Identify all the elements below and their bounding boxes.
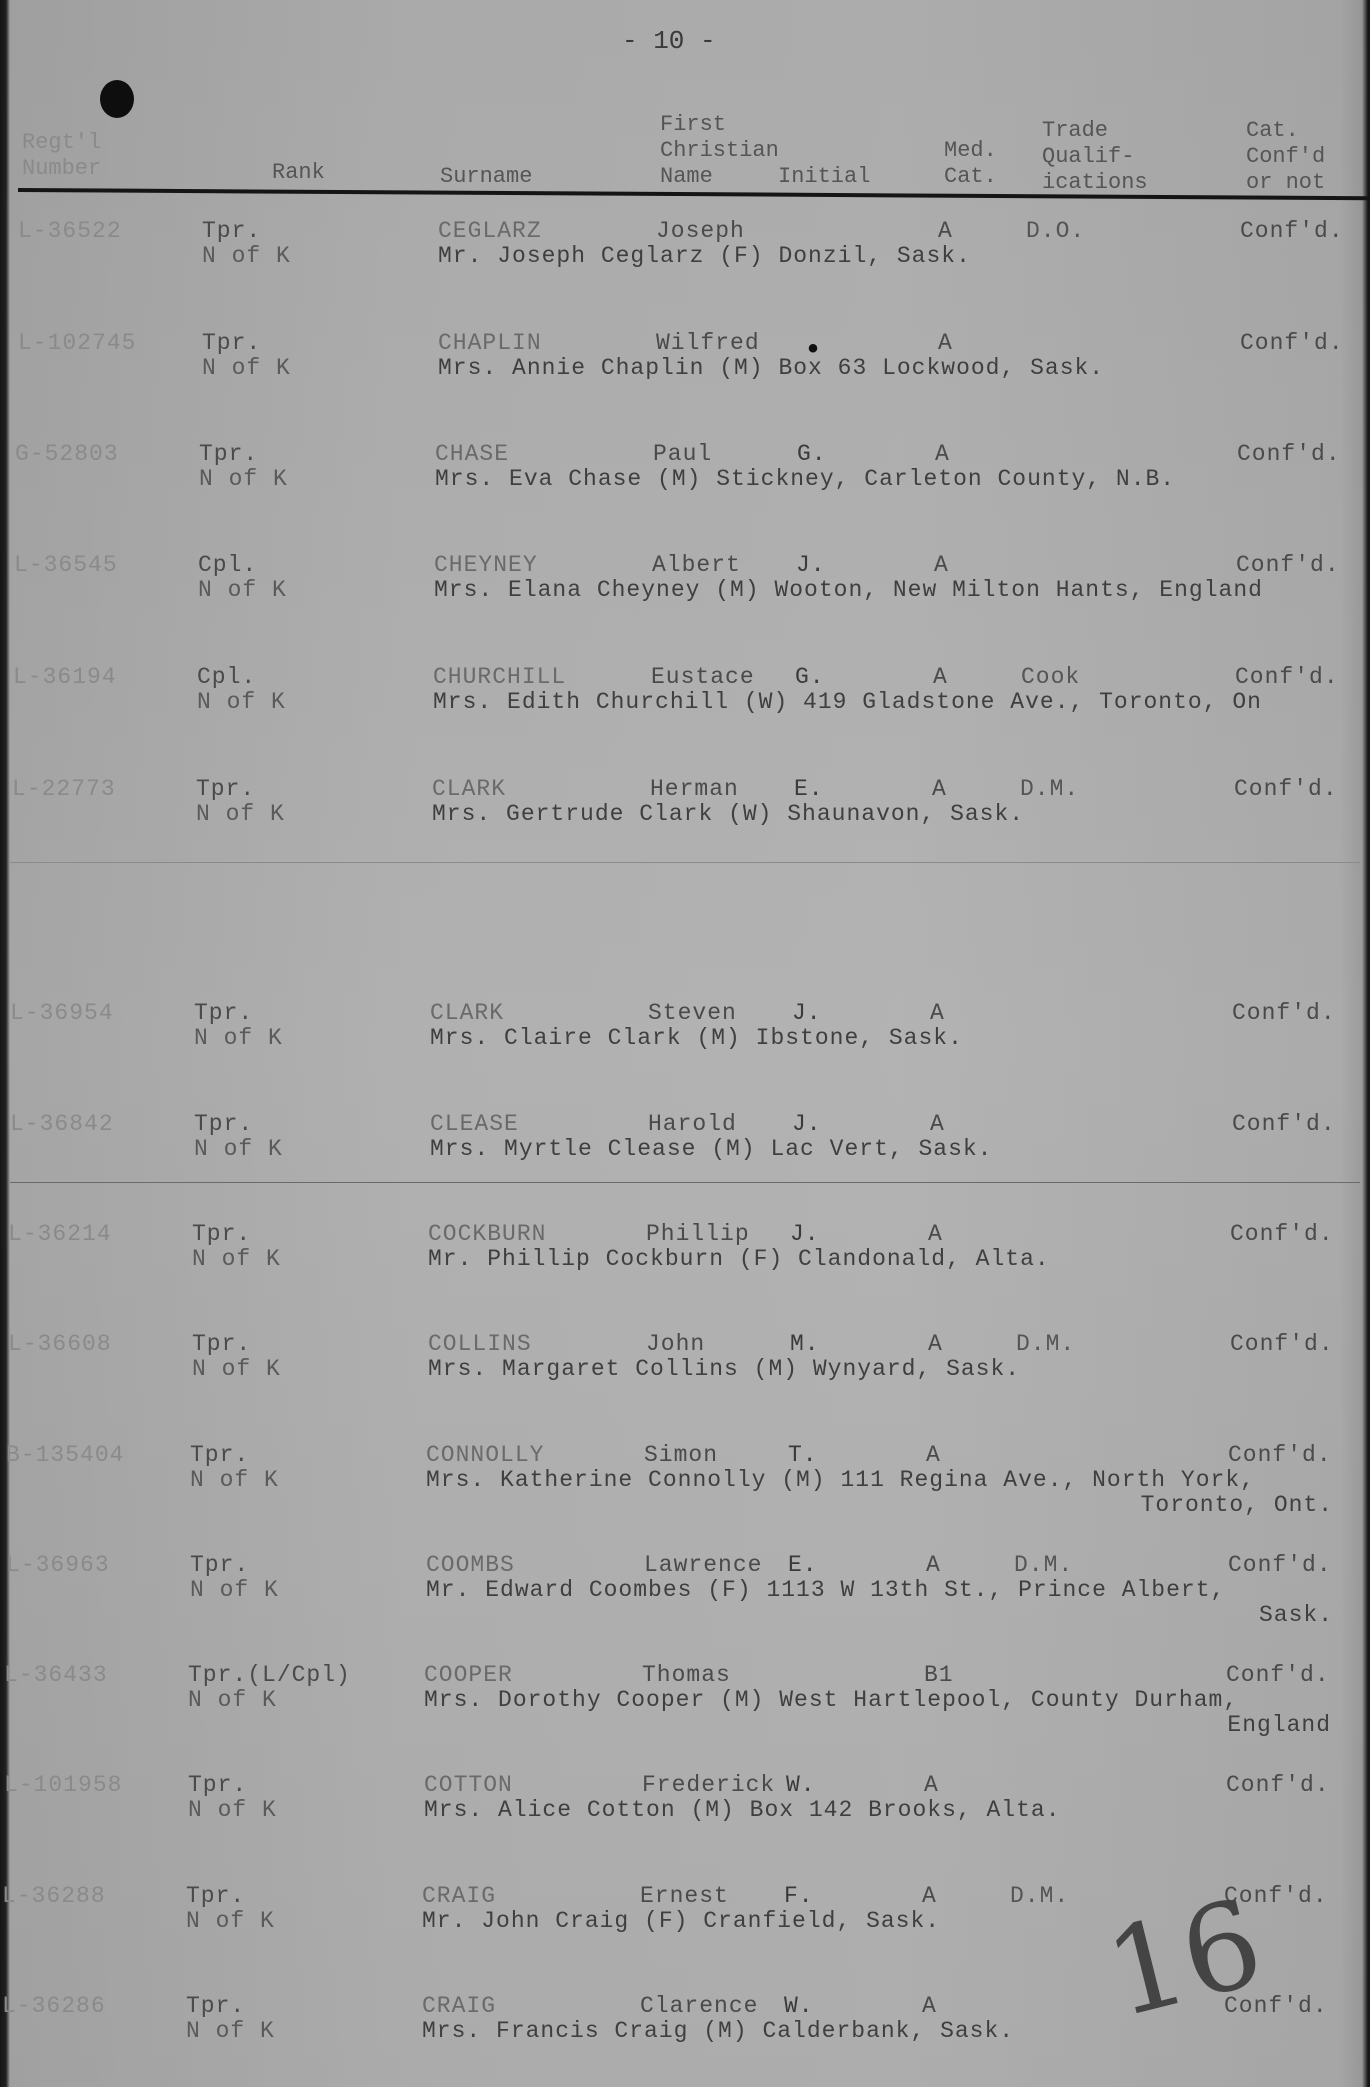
rank: Tpr. [190,1552,249,1578]
confirmed-status: Conf'd. [1230,1221,1334,1247]
table-row: L-102745 Tpr. N of K CHAPLIN Wilfred A C… [0,330,1370,390]
regtl-number: L-36608 [8,1331,112,1357]
surname: CLARK [432,776,506,802]
first-name: Phillip [646,1221,750,1247]
surname: CLARK [430,1000,504,1026]
table-row: B-135404 Tpr. N of K CONNOLLY Simon T. A… [0,1442,1358,1502]
confirmed-status: Conf'd. [1226,1772,1330,1798]
header-first-name: First Christian Name [660,112,779,190]
header-regtl-number: Regt'l Number [22,130,101,182]
surname: COOMBS [426,1552,515,1578]
confirmed-status: Conf'd. [1235,664,1339,690]
next-of-kin-address: Mrs. Francis Craig (M) Calderbank, Sask. [422,2018,1014,2044]
first-name: Thomas [642,1662,731,1688]
table-row: L-36433 Tpr.(L/Cpl) N of K COOPER Thomas… [0,1662,1356,1722]
trade-qualification: D.M. [1010,1883,1069,1909]
med-cat: A [928,1331,943,1357]
surname: CRAIG [422,1993,496,2019]
first-name: Eustace [651,664,755,690]
rank: Tpr. [190,1442,249,1468]
first-name: Lawrence [644,1552,762,1578]
med-cat: A [924,1772,939,1798]
header-med-cat: Med. Cat. [944,138,997,190]
initial: E. [794,776,824,802]
rank: Tpr. [199,441,258,467]
rank: Cpl. [197,664,256,690]
surname: COLLINS [428,1331,532,1357]
next-of-kin-label: N of K [199,466,288,492]
next-of-kin-label: N of K [197,689,286,715]
fold-line [10,862,1360,863]
first-name: Herman [650,776,739,802]
punch-hole [100,80,134,118]
regtl-number: L-36194 [13,664,117,690]
regtl-number: L-36963 [6,1552,110,1578]
confirmed-status: Conf'd. [1234,776,1338,802]
regtl-number: L-36954 [10,1000,114,1026]
regtl-number: L-36288 [2,1883,106,1909]
first-name: Ernest [640,1883,729,1909]
trade-qualification: Cook [1021,664,1080,690]
surname: CHEYNEY [434,552,538,578]
next-of-kin-address: Mr. Phillip Cockburn (F) Clandonald, Alt… [428,1246,1050,1272]
table-row: L-36608 Tpr. N of K COLLINS John M. A D.… [0,1331,1360,1391]
next-of-kin-label: N of K [194,1136,283,1162]
next-of-kin-address: Mr. John Craig (F) Cranfield, Sask. [422,1908,940,1934]
confirmed-status: Conf'd. [1228,1552,1332,1578]
page-number: - 10 - [622,26,716,56]
rank: Tpr.(L/Cpl) [188,1662,351,1688]
surname: CEGLARZ [438,218,542,244]
first-name: Clarence [640,1993,758,2019]
next-of-kin-label: N of K [188,1797,277,1823]
med-cat: B1 [924,1662,954,1688]
next-of-kin-label: N of K [186,1908,275,1934]
rank: Tpr. [196,776,255,802]
next-of-kin-label: N of K [202,243,291,269]
regtl-number: L-36433 [4,1662,108,1688]
table-row: L-36842 Tpr. N of K CLEASE Harold J. A C… [0,1111,1362,1171]
next-of-kin-address: Mrs. Elana Cheyney (M) Wooton, New Milto… [434,577,1263,603]
header-rank: Rank [272,160,325,186]
confirmed-status: Conf'd. [1240,330,1344,356]
initial: W. [786,1772,816,1798]
next-of-kin-address-continued: Sask. [1259,1602,1333,1628]
trade-qualification: D.O. [1026,218,1085,244]
initial: M. [790,1331,820,1357]
confirmed-status: Conf'd. [1240,218,1344,244]
first-name: Wilfred [656,330,760,356]
header-surname: Surname [440,164,532,190]
next-of-kin-label: N of K [196,801,285,827]
surname: COCKBURN [428,1221,546,1247]
header-initial: Initial [778,164,870,190]
confirmed-status: Conf'd. [1232,1111,1336,1137]
first-name: Harold [648,1111,737,1137]
next-of-kin-label: N of K [198,577,287,603]
surname: CRAIG [422,1883,496,1909]
initial: F. [784,1883,814,1909]
surname: CHURCHILL [433,664,566,690]
next-of-kin-address-continued: Toronto, Ont. [1141,1492,1333,1518]
med-cat: A [935,441,950,467]
table-row: L-36194 Cpl. N of K CHURCHILL Eustace G.… [0,664,1365,724]
document-page: - 10 - Regt'l Number Rank Surname First … [0,0,1370,2087]
initial: J. [796,552,826,578]
next-of-kin-label: N of K [194,1025,283,1051]
next-of-kin-label: N of K [192,1246,281,1272]
first-name: Joseph [656,218,745,244]
confirmed-status: Conf'd. [1228,1442,1332,1468]
regtl-number: L-36842 [10,1111,114,1137]
first-name: Albert [652,552,741,578]
regtl-number: L-36522 [18,218,122,244]
regtl-number: G-52803 [15,441,119,467]
regtl-number: B-135404 [6,1442,124,1468]
table-row: L-36522 Tpr. N of K CEGLARZ Joseph A D.O… [0,218,1370,278]
med-cat: A [926,1552,941,1578]
header-cat-confd: Cat. Conf'd or not [1246,118,1325,196]
confirmed-status: Conf'd. [1236,552,1340,578]
initial: W. [784,1993,814,2019]
next-of-kin-address: Mrs. Myrtle Clease (M) Lac Vert, Sask. [430,1136,993,1162]
table-row: G-52803 Tpr. N of K CHASE Paul G. A Conf… [0,441,1367,501]
table-row: L-22773 Tpr. N of K CLARK Herman E. A D.… [0,776,1364,836]
table-row: L-36954 Tpr. N of K CLARK Steven J. A Co… [0,1000,1362,1060]
med-cat: A [934,552,949,578]
first-name: Simon [644,1442,718,1468]
surname: CHASE [435,441,509,467]
initial: E. [788,1552,818,1578]
next-of-kin-address: Mrs. Claire Clark (M) Ibstone, Sask. [430,1025,963,1051]
next-of-kin-label: N of K [188,1687,277,1713]
regtl-number: L-102745 [18,330,136,356]
rank: Tpr. [192,1331,251,1357]
trade-qualification: D.M. [1016,1331,1075,1357]
first-name: Paul [653,441,712,467]
med-cat: A [928,1221,943,1247]
confirmed-status: Conf'd. [1232,1000,1336,1026]
med-cat: A [933,664,948,690]
rank: Tpr. [186,1883,245,1909]
next-of-kin-address-continued: England [1227,1712,1331,1738]
regtl-number: L-36214 [8,1221,112,1247]
first-name: John [646,1331,705,1357]
initial: T. [788,1442,818,1468]
regtl-number: L-101958 [4,1772,122,1798]
next-of-kin-address: Mrs. Katherine Connolly (M) 111 Regina A… [426,1467,1255,1493]
next-of-kin-label: N of K [192,1356,281,1382]
initial: J. [792,1111,822,1137]
next-of-kin-address: Mrs. Gertrude Clark (W) Shaunavon, Sask. [432,801,1024,827]
table-row: L-36963 Tpr. N of K COOMBS Lawrence E. A… [0,1552,1358,1612]
regtl-number: L-36286 [2,1993,106,2019]
first-name: Frederick [642,1772,775,1798]
table-row: L-36214 Tpr. N of K COCKBURN Phillip J. … [0,1221,1360,1281]
trade-qualification: D.M. [1014,1552,1073,1578]
rank: Tpr. [188,1772,247,1798]
next-of-kin-label: N of K [190,1577,279,1603]
next-of-kin-address: Mrs. Alice Cotton (M) Box 142 Brooks, Al… [424,1797,1061,1823]
surname: CHAPLIN [438,330,542,356]
initial: J. [792,1000,822,1026]
rank: Tpr. [194,1000,253,1026]
initial: J. [790,1221,820,1247]
ink-blot: • [804,334,822,368]
next-of-kin-label: N of K [202,355,291,381]
rank: Tpr. [202,330,261,356]
initial: G. [795,664,825,690]
next-of-kin-label: N of K [190,1467,279,1493]
next-of-kin-address: Mrs. Dorothy Cooper (M) West Hartlepool,… [424,1687,1238,1713]
med-cat: A [938,218,953,244]
rank: Tpr. [186,1993,245,2019]
next-of-kin-address: Mrs. Eva Chase (M) Stickney, Carleton Co… [435,466,1175,492]
table-row: L-36545 Cpl. N of K CHEYNEY Albert J. A … [0,552,1366,612]
next-of-kin-label: N of K [186,2018,275,2044]
med-cat: A [922,1993,937,2019]
regtl-number: L-22773 [12,776,116,802]
surname: COTTON [424,1772,513,1798]
surname: CONNOLLY [426,1442,544,1468]
next-of-kin-address: Mrs. Annie Chaplin (M) Box 63 Lockwood, … [438,355,1104,381]
confirmed-status: Conf'd. [1226,1662,1330,1688]
rank: Tpr. [192,1221,251,1247]
header-trade-qualifications: Trade Qualif- ications [1042,118,1148,196]
confirmed-status: Conf'd. [1230,1331,1334,1357]
med-cat: A [930,1111,945,1137]
rank: Cpl. [198,552,257,578]
next-of-kin-address: Mrs. Margaret Collins (M) Wynyard, Sask. [428,1356,1020,1382]
surname: CLEASE [430,1111,519,1137]
med-cat: A [932,776,947,802]
med-cat: A [926,1442,941,1468]
med-cat: A [930,1000,945,1026]
next-of-kin-address: Mr. Edward Coombes (F) 1113 W 13th St., … [426,1577,1225,1603]
surname: COOPER [424,1662,513,1688]
med-cat: A [938,330,953,356]
first-name: Steven [648,1000,737,1026]
trade-qualification: D.M. [1020,776,1079,802]
table-row: L-101958 Tpr. N of K COTTON Frederick W.… [0,1772,1356,1832]
fold-line [10,1182,1360,1183]
next-of-kin-address: Mrs. Edith Churchill (W) 419 Gladstone A… [433,689,1262,715]
rank: Tpr. [194,1111,253,1137]
med-cat: A [922,1883,937,1909]
regtl-number: L-36545 [14,552,118,578]
confirmed-status: Conf'd. [1237,441,1341,467]
rank: Tpr. [202,218,261,244]
initial: G. [797,441,827,467]
next-of-kin-address: Mr. Joseph Ceglarz (F) Donzil, Sask. [438,243,971,269]
